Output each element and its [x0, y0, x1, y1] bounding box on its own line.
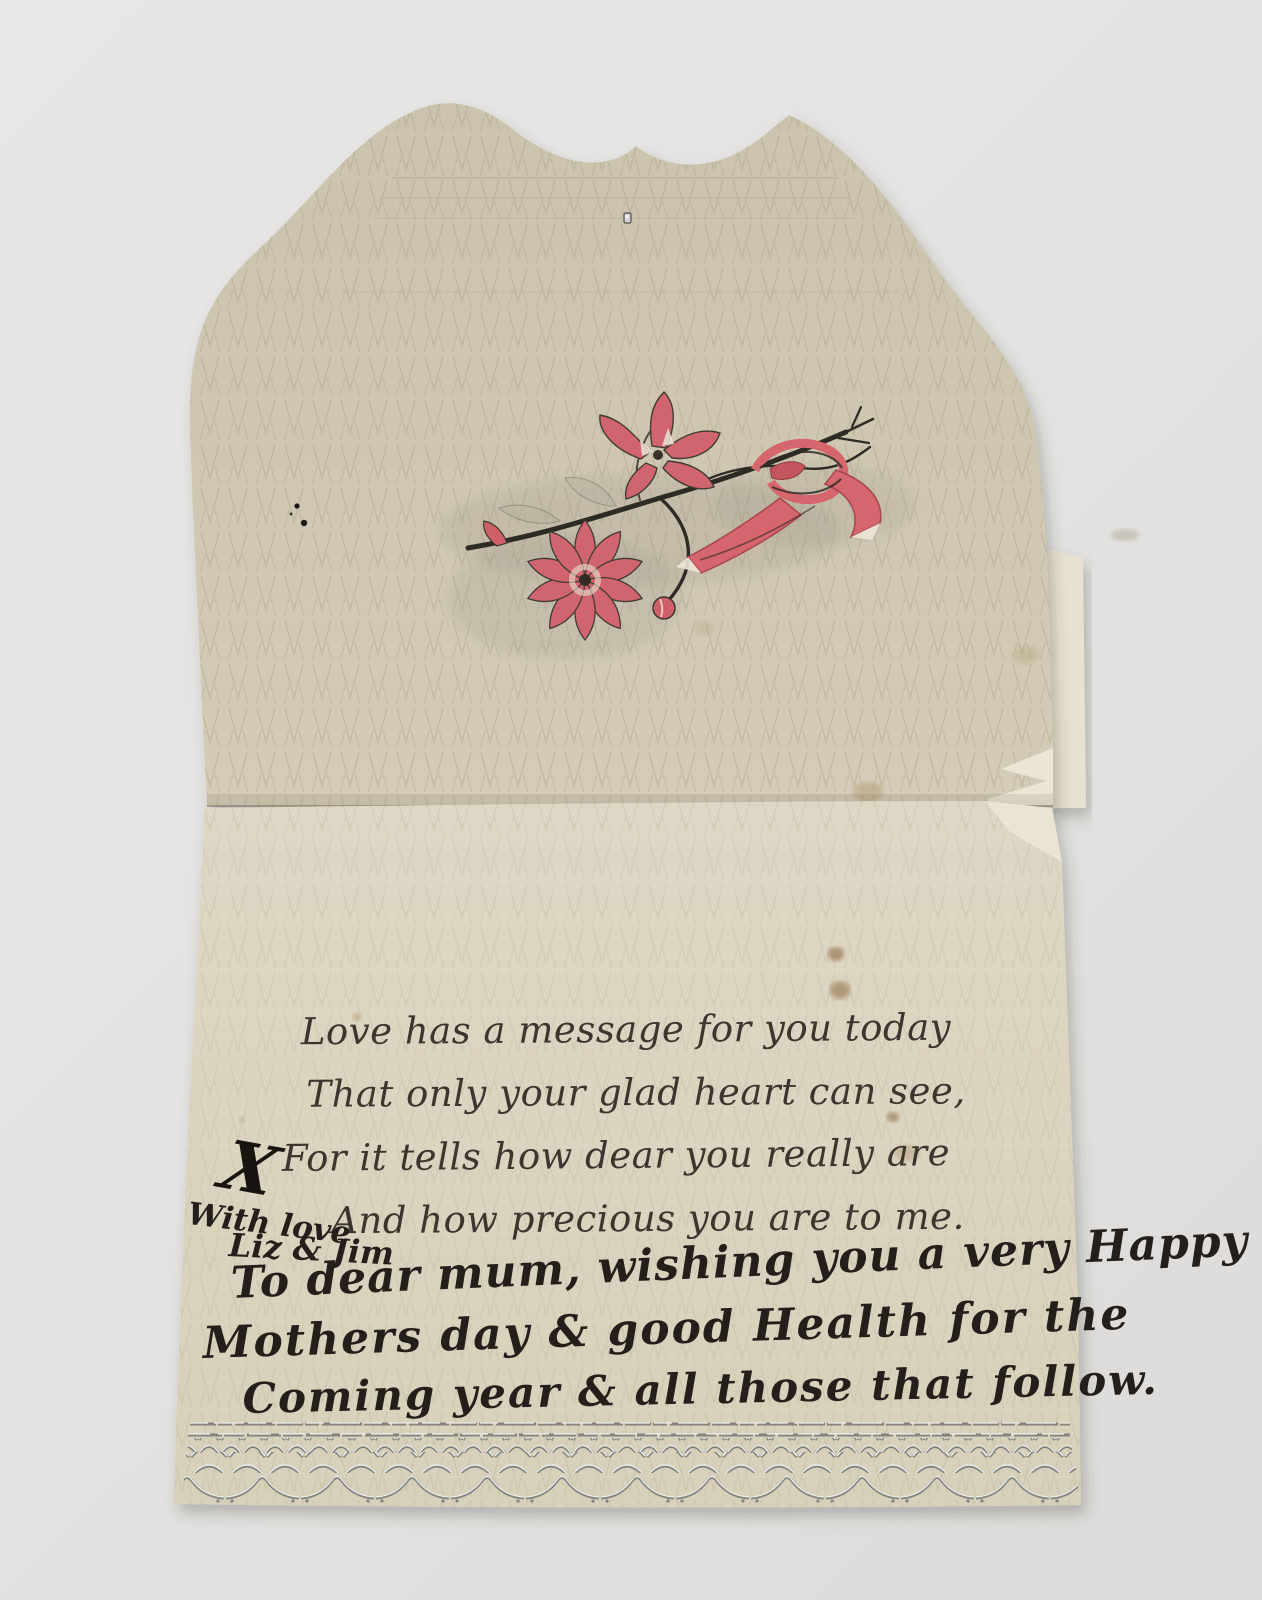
printed-verse-line: Love has a message for you today — [146, 995, 1106, 1065]
photograph-of-greeting-card: Love has a message for you today That on… — [0, 0, 1262, 1600]
card-top-flap — [190, 103, 1053, 806]
lower-bud — [653, 597, 675, 619]
silver-scallop-border — [184, 1423, 1078, 1505]
metal-brad-icon — [624, 213, 631, 223]
printed-verse-line: That only your glad heart can see, — [156, 1058, 1116, 1126]
